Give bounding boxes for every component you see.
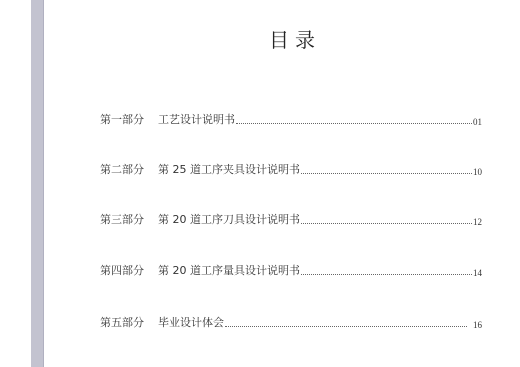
page-margin-bar [31,0,44,367]
toc-part-label: 第二部分 [100,161,158,177]
toc-entry-label: 第 20 道工序量具设计说明书 [158,262,300,278]
toc-entry-3[interactable]: 第三部分 第 20 道工序刀具设计说明书 12 [100,211,482,227]
toc-part-label: 第三部分 [100,211,158,227]
toc-entry-2[interactable]: 第二部分 第 25 道工序夹具设计说明书 10 [100,161,482,177]
toc-page-number: 12 [473,217,482,227]
toc-leader-dots [301,172,472,174]
toc-part-label: 第一部分 [100,111,158,127]
toc-part-label: 第四部分 [100,262,158,278]
toc-entry-label: 毕业设计体会 [158,314,224,330]
toc-page-number: 10 [473,167,482,177]
toc-entry-1[interactable]: 第一部分 工艺设计说明书 01 [100,111,482,127]
toc-entry-4[interactable]: 第四部分 第 20 道工序量具设计说明书 14 [100,262,482,278]
toc-page-number: 01 [473,117,482,127]
toc-entry-label: 第 20 道工序刀具设计说明书 [158,211,300,227]
toc-entry-label: 工艺设计说明书 [158,111,235,127]
toc-leader-dots [225,325,467,327]
toc-leader-dots [236,122,472,124]
toc-leader-dots [301,222,472,224]
toc-page-number: 16 [473,320,482,330]
toc-leader-dots [301,273,472,275]
toc-page-number: 14 [473,268,482,278]
toc-part-label: 第五部分 [100,314,158,330]
toc-title: 目录 [0,24,520,53]
toc-entry-label: 第 25 道工序夹具设计说明书 [158,161,300,177]
toc-entry-5[interactable]: 第五部分 毕业设计体会 16 [100,314,482,330]
